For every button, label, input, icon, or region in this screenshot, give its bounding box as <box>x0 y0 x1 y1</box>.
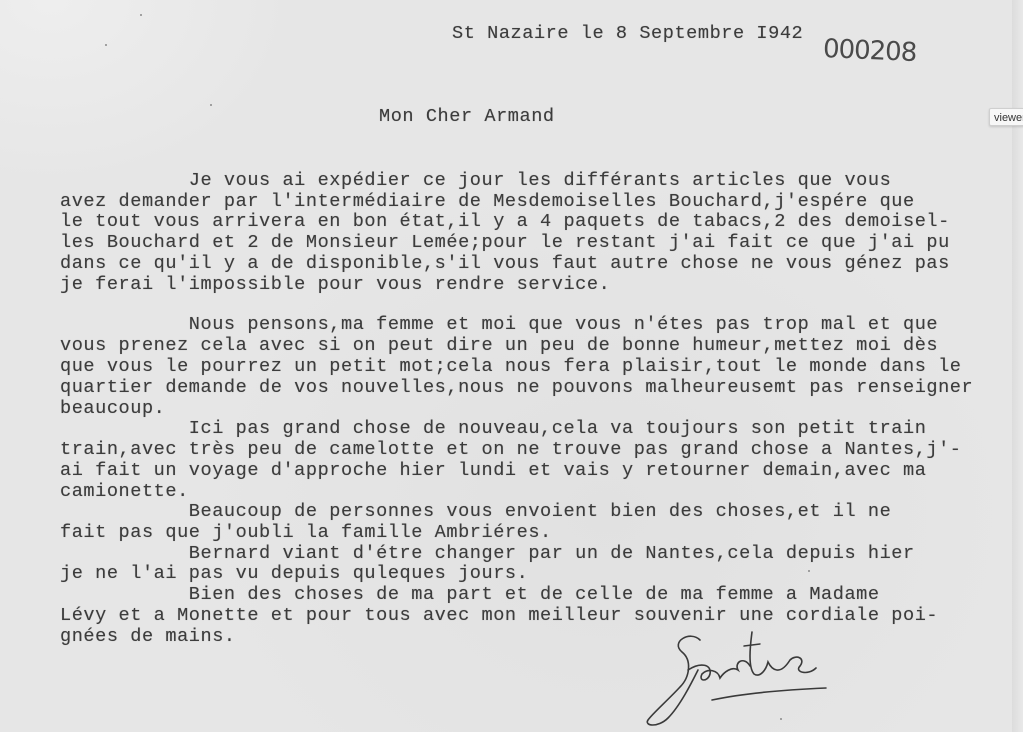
place-and-date: St Nazaire le 8 Septembre I942 <box>452 25 803 44</box>
body-line: les Bouchard et 2 de Monsieur Lemée;pour… <box>60 234 950 253</box>
body-line: vous prenez cela avec si on peut dire un… <box>60 337 938 356</box>
body-line: beaucoup. <box>60 400 165 419</box>
body-line: camionette. <box>60 483 189 502</box>
body-line: gnées de mains. <box>60 628 236 647</box>
handwritten-signature <box>640 622 860 727</box>
body-line: Ici pas grand chose de nouveau,cela va t… <box>60 420 926 439</box>
body-line: avez demander par l'intermédiaire de Mes… <box>60 193 915 212</box>
viewer-tooltip: viewer <box>989 108 1023 126</box>
body-line: Nous pensons,ma femme et moi que vous n'… <box>60 316 938 335</box>
document-number-stamp: 000208 <box>822 34 916 68</box>
paper-speck <box>105 44 107 46</box>
paper-speck <box>780 718 782 720</box>
body-line: train,avec très peu de camelotte et on n… <box>60 441 962 460</box>
paper-speck <box>210 104 212 106</box>
body-line: dans ce qu'il y a de disponible,s'il vou… <box>60 255 950 274</box>
body-line: Beaucoup de personnes vous envoient bien… <box>60 503 891 522</box>
body-line: Bien des choses de ma part et de celle d… <box>60 586 880 605</box>
paper-speck <box>808 570 810 572</box>
salutation: Mon Cher Armand <box>379 108 555 127</box>
body-line: que vous le pourrez un petit mot;cela no… <box>60 358 962 377</box>
body-line: je ne l'ai pas vu depuis quleques jours. <box>60 565 528 584</box>
body-line: le tout vous arrivera en bon état,il y a… <box>60 213 950 232</box>
body-line: Bernard viant d'étre changer par un de N… <box>60 545 915 564</box>
body-line: je ferai l'impossible pour vous rendre s… <box>60 276 610 295</box>
paper-speck <box>140 14 142 16</box>
body-line: ai fait un voyage d'approche hier lundi … <box>60 462 926 481</box>
scanned-letter-page: St Nazaire le 8 Septembre I942 000208 Mo… <box>0 0 1012 732</box>
body-line: fait pas que j'oubli la famille Ambriére… <box>60 524 552 543</box>
body-line: Je vous ai expédier ce jour les différan… <box>60 172 891 191</box>
body-line: quartier demande de vos nouvelles,nous n… <box>60 379 973 398</box>
